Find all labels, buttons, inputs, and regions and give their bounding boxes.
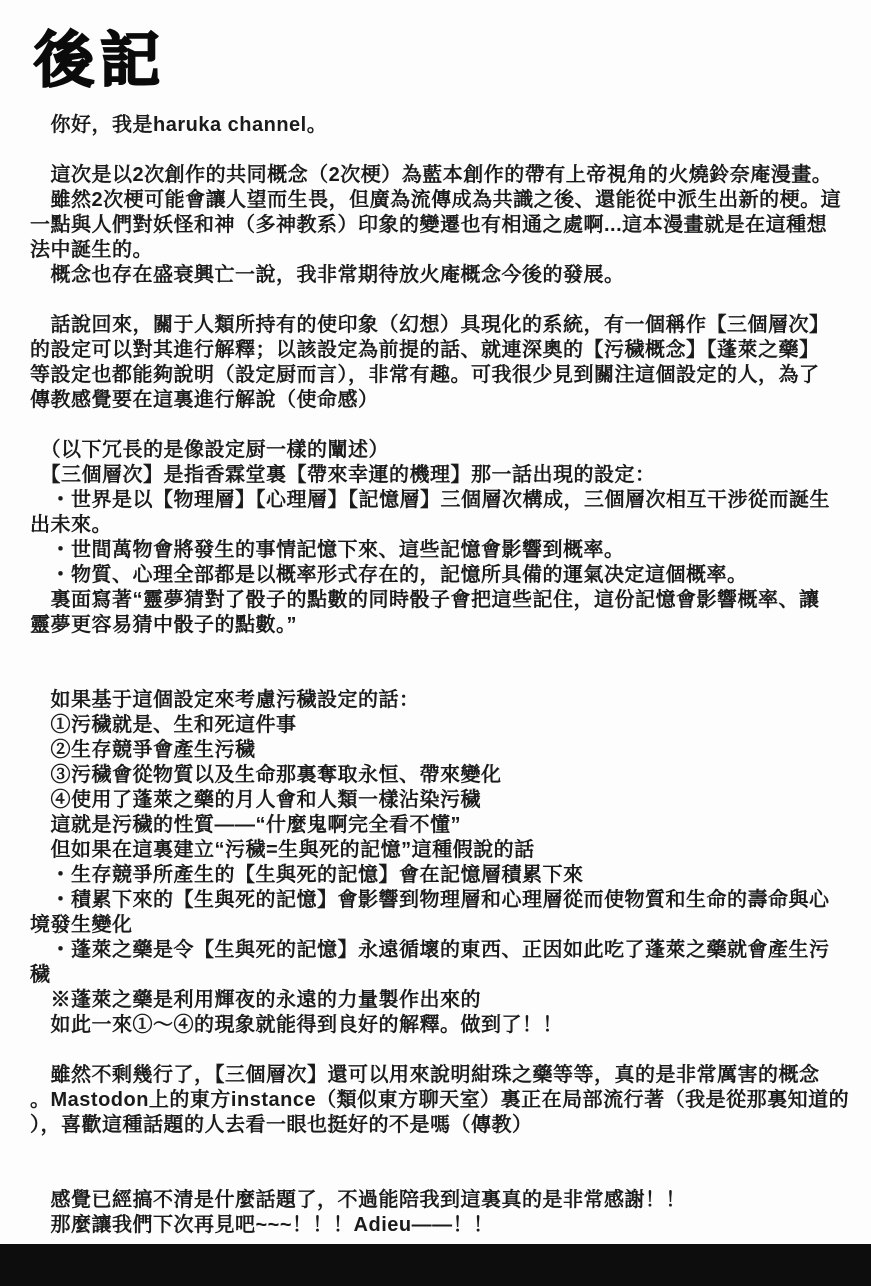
- blank-line: [30, 138, 850, 163]
- afterword-line: 如此一來①～④的現象就能得到良好的解釋。做到了！！: [30, 1013, 850, 1038]
- afterword-line: 這就是污穢的性質——“什麼鬼啊完全看不懂”: [30, 813, 850, 838]
- afterword-line: 那麼讓我們下次再見吧~~~！！！Adieu——！！: [30, 1213, 850, 1238]
- afterword-line: 話說回來，關于人類所持有的使印象（幻想）具現化的系統，有一個稱作【三個層次】: [30, 313, 850, 338]
- afterword-line: （以下冗長的是像設定厨一樣的闡述）: [30, 438, 850, 463]
- afterword-line: 的設定可以對其進行解釋；以該設定為前提的話、就連深奧的【污穢概念】【蓬萊之藥】: [30, 338, 850, 363]
- afterword-line: ・生存競爭所產生的【生與死的記憶】會在記憶層積累下來: [30, 863, 850, 888]
- afterword-line: 出未來。: [30, 513, 850, 538]
- afterword-line: 境發生變化: [30, 913, 850, 938]
- afterword-line: 你好，我是haruka channel。: [30, 113, 850, 138]
- blank-line: [30, 288, 850, 313]
- afterword-line: ④使用了蓬萊之藥的月人會和人類一樣沾染污穢: [30, 788, 850, 813]
- afterword-line: 傳教感覺要在這裏進行解說（使命感）: [30, 388, 850, 413]
- afterword-line: ②生存競爭會產生污穢: [30, 738, 850, 763]
- afterword-line: 裏面寫著“靈夢猜對了骰子的點數的同時骰子會把這些記住，這份記憶會影響概率、讓: [30, 588, 850, 613]
- afterword-line: ・世界是以【物理層】【心理層】【記憶層】三個層次構成，三個層次相互干涉從而誕生: [30, 488, 850, 513]
- afterword-line: ※蓬萊之藥是利用輝夜的永遠的力量製作出來的: [30, 988, 850, 1013]
- bottom-scan-bar: [0, 1244, 871, 1286]
- afterword-line: ・積累下來的【生與死的記憶】會影響到物理層和心理層從而使物質和生命的壽命與心: [30, 888, 850, 913]
- afterword-line: 。Mastodon上的東方instance（類似東方聊天室）裏正在局部流行著（我…: [30, 1088, 850, 1113]
- blank-line: [30, 1038, 850, 1063]
- blank-line: [30, 663, 850, 688]
- afterword-line: ），喜歡這種話題的人去看一眼也挺好的不是嗎（傳教）: [30, 1113, 850, 1138]
- afterword-line: ③污穢會從物質以及生命那裏奪取永恒、帶來變化: [30, 763, 850, 788]
- page-title: 後記: [34, 30, 871, 92]
- blank-line: [30, 638, 850, 663]
- afterword-line: ①污穢就是、生和死這件事: [30, 713, 850, 738]
- afterword-line: 雖然2次梗可能會讓人望而生畏，但廣為流傳成為共識之後、還能從中派生出新的梗。這: [30, 188, 850, 213]
- afterword-body: 你好，我是haruka channel。 這次是以2次創作的共同概念（2次梗）為…: [30, 113, 850, 1238]
- blank-line: [30, 413, 850, 438]
- afterword-line: 法中誕生的。: [30, 238, 850, 263]
- afterword-line: 靈夢更容易猜中骰子的點數。”: [30, 613, 850, 638]
- afterword-line: 如果基于這個設定來考慮污穢設定的話：: [30, 688, 850, 713]
- afterword-line: ・世間萬物會將發生的事情記憶下來、這些記憶會影響到概率。: [30, 538, 850, 563]
- afterword-line: 穢: [30, 963, 850, 988]
- afterword-line: 【三個層次】是指香霖堂裏【帶來幸運的機理】那一話出現的設定：: [30, 463, 850, 488]
- afterword-line: 等設定也都能夠說明（設定厨而言），非常有趣。可我很少見到關注這個設定的人，為了: [30, 363, 850, 388]
- afterword-line: 一點與人們對妖怪和神（多神教系）印象的變遷也有相通之處啊...這本漫畫就是在這種…: [30, 213, 850, 238]
- afterword-line: 概念也存在盛衰興亡一說，我非常期待放火庵概念今後的發展。: [30, 263, 850, 288]
- afterword-line: ・蓬萊之藥是令【生與死的記憶】永遠循壞的東西、正因如此吃了蓬萊之藥就會產生污: [30, 938, 850, 963]
- afterword-line: 感覺已經搞不清是什麼話題了，不過能陪我到這裏真的是非常感謝！！: [30, 1188, 850, 1213]
- afterword-line: ・物質、心理全部都是以概率形式存在的，記憶所具備的運氣决定這個概率。: [30, 563, 850, 588]
- afterword-line: 雖然不剩幾行了，【三個層次】還可以用來說明紺珠之藥等等，真的是非常厲害的概念: [30, 1063, 850, 1088]
- blank-line: [30, 1163, 850, 1188]
- blank-line: [30, 1138, 850, 1163]
- afterword-line: 但如果在這裏建立“污穢=生與死的記憶”這種假說的話: [30, 838, 850, 863]
- afterword-line: 這次是以2次創作的共同概念（2次梗）為藍本創作的帶有上帝視角的火燒鈴奈庵漫畫。: [30, 163, 850, 188]
- afterword-page: 後記 你好，我是haruka channel。 這次是以2次創作的共同概念（2次…: [0, 0, 871, 1286]
